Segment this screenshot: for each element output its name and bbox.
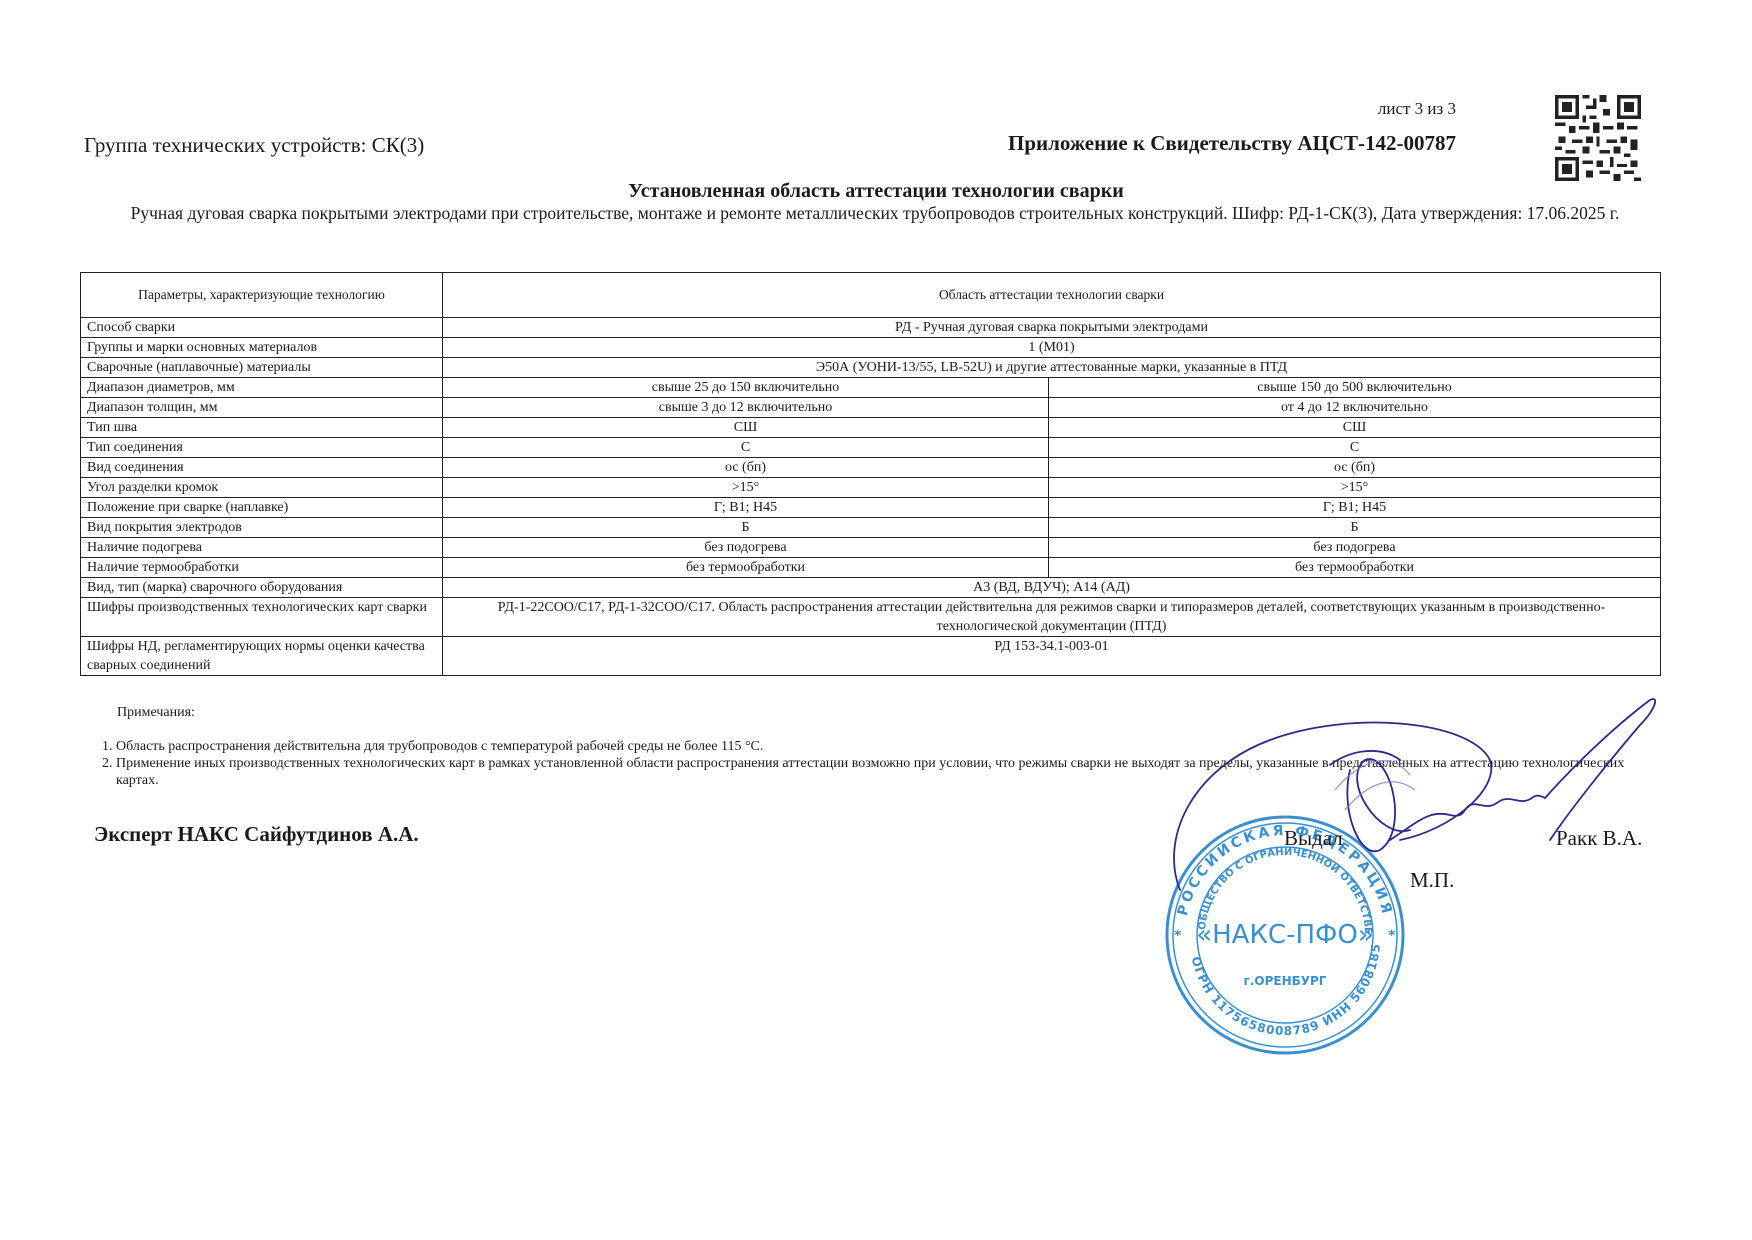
document-subtitle: Ручная дуговая сварка покрытыми электрод… [120,203,1630,224]
value-cell-right: С [1049,438,1661,458]
table-row: Способ сварки РД - Ручная дуговая сварка… [81,318,1661,338]
table-row: Группы и марки основных материалов 1 (М0… [81,338,1661,358]
table-row: Шифры производственных технологических к… [81,598,1661,637]
value-cell-left: Г; В1; Н45 [443,498,1049,518]
expert-signature-label: Эксперт НАКС Сайфутдинов А.А. [94,822,419,847]
value-cell: Э50А (УОНИ-13/55, LB-52U) и другие аттес… [443,358,1661,378]
value-cell-left: свыше 25 до 150 включительно [443,378,1049,398]
notes-title: Примечания: [117,705,195,721]
param-cell: Вид, тип (марка) сварочного оборудования [81,578,443,598]
value-cell-right: СШ [1049,418,1661,438]
value-cell-left: без термообработки [443,558,1049,578]
value-cell-right: ос (бп) [1049,458,1661,478]
value-cell-left: ос (бп) [443,458,1049,478]
value-cell-left: без подогрева [443,538,1049,558]
value-cell: РД - Ручная дуговая сварка покрытыми эле… [443,318,1661,338]
table-row: Сварочные (наплавочные) материалы Э50А (… [81,358,1661,378]
value-cell-left: Б [443,518,1049,538]
value-cell-right: свыше 150 до 500 включительно [1049,378,1661,398]
param-cell: Способ сварки [81,318,443,338]
svg-text:«НАКС-ПФО»: «НАКС-ПФО» [1196,920,1374,950]
appendix-title: Приложение к Свидетельству АЦСТ-142-0078… [1008,131,1456,156]
document-title: Установленная область аттестации техноло… [0,180,1752,203]
value-cell-left: СШ [443,418,1049,438]
value-cell-right: без подогрева [1049,538,1661,558]
value-cell-left: свыше 3 до 12 включительно [443,398,1049,418]
table-row: Вид соединения ос (бп) ос (бп) [81,458,1661,478]
param-cell: Тип шва [81,418,443,438]
param-cell: Сварочные (наплавочные) материалы [81,358,443,378]
param-cell: Положение при сварке (наплавке) [81,498,443,518]
svg-text:г.ОРЕНБУРГ: г.ОРЕНБУРГ [1244,974,1327,988]
table-row: Диапазон толщин, мм свыше 3 до 12 включи… [81,398,1661,418]
svg-text:*: * [1174,928,1182,944]
table-row: Вид покрытия электродов Б Б [81,518,1661,538]
value-cell: 1 (М01) [443,338,1661,358]
table-row: Вид, тип (марка) сварочного оборудования… [81,578,1661,598]
svg-text:*: * [1388,928,1396,944]
value-cell-left: С [443,438,1049,458]
param-cell: Вид покрытия электродов [81,518,443,538]
table-row: Шифры НД, регламентирующих нормы оценки … [81,637,1661,676]
param-cell: Наличие подогрева [81,538,443,558]
param-cell: Диапазон диаметров, мм [81,378,443,398]
device-group-label: Группа технических устройств: СК(3) [84,133,424,158]
value-cell-right: без термообработки [1049,558,1661,578]
value-cell: РД-1-22СОО/С17, РД-1-32СОО/С17. Область … [443,598,1661,637]
table-row: Тип соединения С С [81,438,1661,458]
value-cell-left: >15° [443,478,1049,498]
param-cell: Тип соединения [81,438,443,458]
param-cell: Вид соединения [81,458,443,478]
param-cell: Шифры НД, регламентирующих нормы оценки … [81,637,443,676]
param-cell: Наличие термообработки [81,558,443,578]
value-cell: А3 (ВД, ВДУЧ); А14 (АД) [443,578,1661,598]
table-row: Диапазон диаметров, мм свыше 25 до 150 в… [81,378,1661,398]
table-row: Угол разделки кромок >15° >15° [81,478,1661,498]
qr-code-icon [1555,95,1641,181]
attestation-table: Параметры, характеризующие технологию Об… [80,272,1661,676]
table-row: Наличие термообработки без термообработк… [81,558,1661,578]
table-header-row: Параметры, характеризующие технологию Об… [81,273,1661,318]
param-cell: Группы и марки основных материалов [81,338,443,358]
column-header-parameters: Параметры, характеризующие технологию [81,273,443,318]
handwritten-signature-icon [1150,690,1670,900]
value-cell-right: от 4 до 12 включительно [1049,398,1661,418]
value-cell: РД 153-34.1-003-01 [443,637,1661,676]
table-row: Положение при сварке (наплавке) Г; В1; Н… [81,498,1661,518]
sheet-number: лист 3 из 3 [1378,99,1456,119]
value-cell-right: Б [1049,518,1661,538]
value-cell-right: Г; В1; Н45 [1049,498,1661,518]
param-cell: Диапазон толщин, мм [81,398,443,418]
param-cell: Угол разделки кромок [81,478,443,498]
column-header-scope: Область аттестации технологии сварки [443,273,1661,318]
value-cell-right: >15° [1049,478,1661,498]
table-row: Тип шва СШ СШ [81,418,1661,438]
table-row: Наличие подогрева без подогрева без подо… [81,538,1661,558]
param-cell: Шифры производственных технологических к… [81,598,443,637]
